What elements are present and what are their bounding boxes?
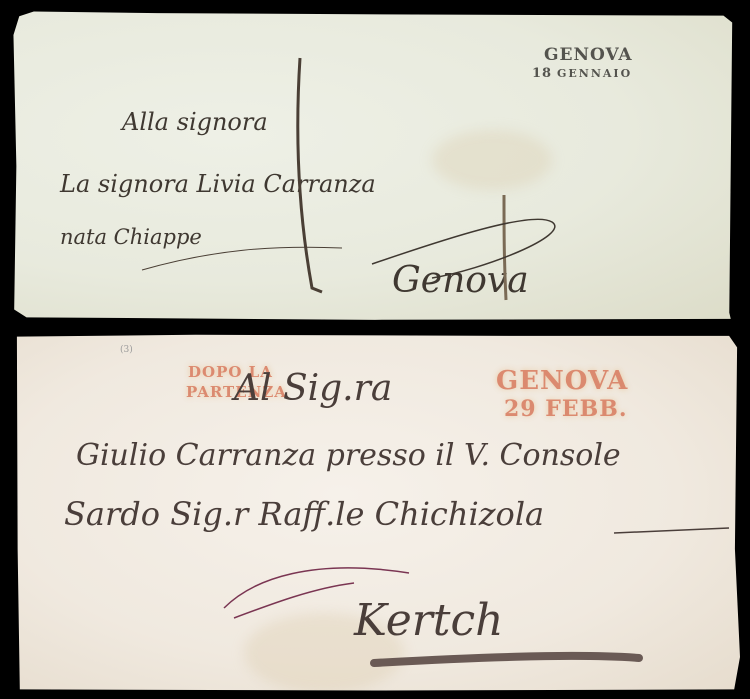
bottom-cover-flourishes xyxy=(14,333,740,693)
letter-cover-bottom: DOPO LA PARTENZA GENOVA 29 FEBB. (3) Al … xyxy=(14,333,740,693)
letter-cover-top: GENOVA 18 GENNAIO Alla signora La signor… xyxy=(12,10,738,322)
rate-mark-stroke xyxy=(12,10,738,322)
